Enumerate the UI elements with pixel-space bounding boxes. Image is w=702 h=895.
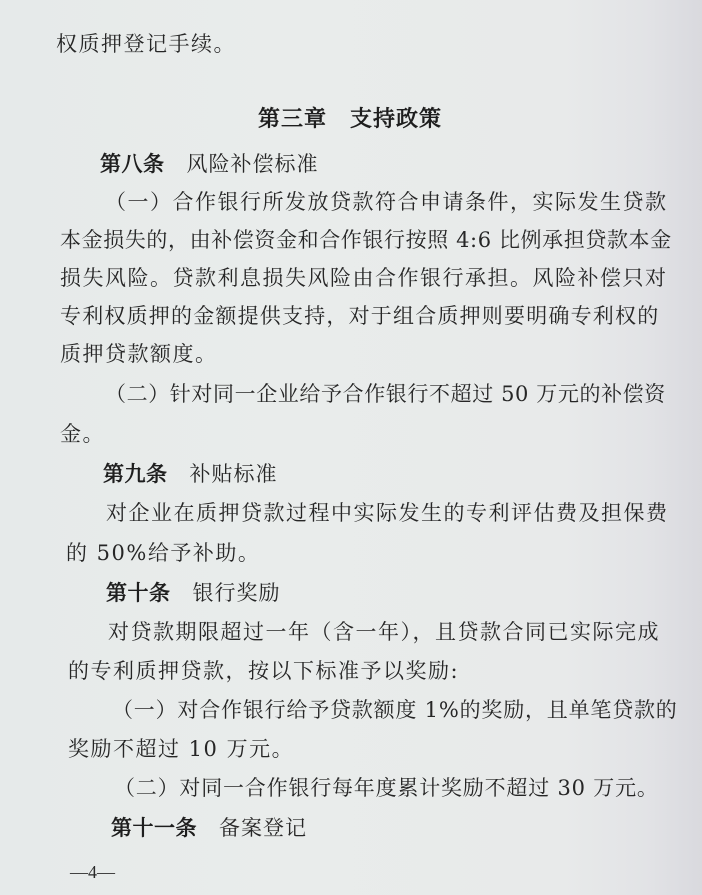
article-8-number: 第八条 — [100, 152, 165, 176]
article-9-title: 补贴标准 — [190, 462, 278, 486]
article-8-line-6: （二）针对同一企业给予合作银行不超过 50 万元的补偿资 — [105, 378, 666, 408]
article-8-heading: 第八条风险补偿标准 — [100, 148, 319, 178]
article-11-heading: 第十一条备案登记 — [111, 812, 307, 842]
article-8-line-1: （一）合作银行所发放贷款符合申请条件，实际发生贷款 — [105, 186, 668, 216]
article-8-line-5: 质押贷款额度。 — [60, 338, 218, 368]
article-9-line-1: 对企业在质押贷款过程中实际发生的专利评估费及担保费 — [106, 497, 669, 527]
article-8-line-3: 损失风险。贷款利息损失风险由合作银行承担。风险补偿只对 — [60, 262, 668, 292]
article-9-number: 第九条 — [103, 462, 168, 486]
article-10-line-5: （二）对同一合作银行每年度累计奖励不超过 30 万元。 — [114, 772, 659, 802]
article-11-number: 第十一条 — [111, 816, 197, 840]
article-11-title: 备案登记 — [219, 816, 307, 840]
article-8-line-4: 专利权质押的金额提供支持，对于组合质押则要明确专利权的 — [60, 300, 659, 330]
article-10-line-3: （一）对合作银行给予贷款额度 1%的奖励，且单笔贷款的 — [112, 694, 678, 724]
article-8-line-2: 本金损失的，由补偿资金和合作银行按照 4:6 比例承担贷款本金 — [60, 224, 672, 254]
chapter-title: 第三章 支持政策 — [258, 102, 442, 133]
article-10-heading: 第十条银行奖励 — [106, 577, 281, 607]
document-page: 权质押登记手续。 第三章 支持政策 第八条风险补偿标准 （一）合作银行所发放贷款… — [0, 0, 702, 895]
article-10-line-2: 的专利质押贷款，按以下标准予以奖励: — [68, 655, 459, 685]
article-9-heading: 第九条补贴标准 — [103, 458, 278, 488]
article-10-number: 第十条 — [106, 581, 171, 605]
article-8-line-7: 金。 — [60, 418, 105, 448]
article-8-title: 风险补偿标准 — [187, 152, 319, 176]
article-9-line-2: 的 50%给予补助。 — [66, 537, 260, 567]
article-10-title: 银行奖励 — [193, 581, 281, 605]
top-continuation-line: 权质押登记手续。 — [56, 28, 236, 58]
article-10-line-1: 对贷款期限超过一年（含一年），且贷款合同已实际完成 — [108, 616, 660, 646]
page-number: —4— — [70, 862, 115, 883]
article-10-line-4: 奖励不超过 10 万元。 — [68, 733, 294, 763]
